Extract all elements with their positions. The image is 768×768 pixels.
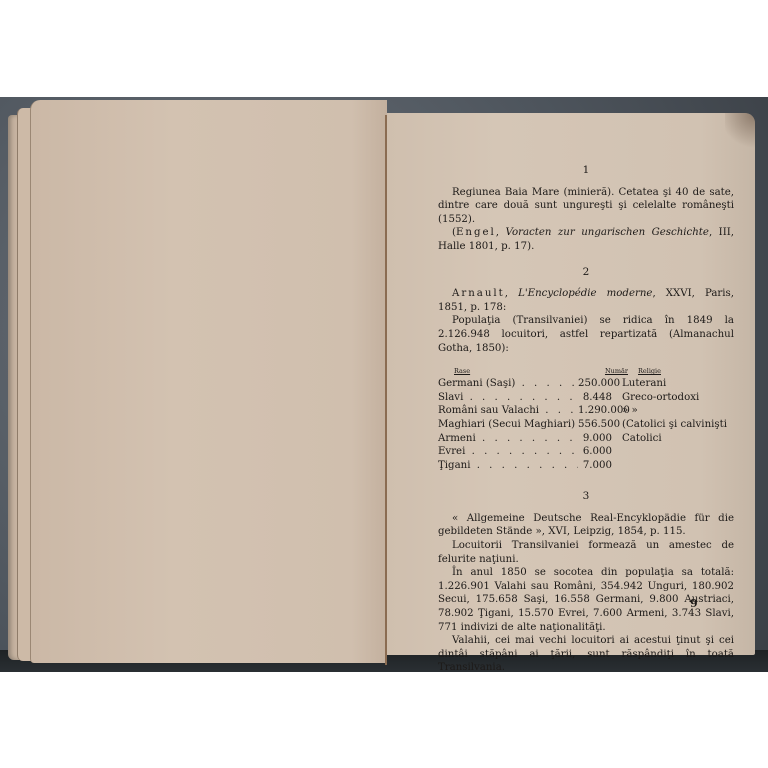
cell-number: 8.448 bbox=[578, 391, 612, 405]
citation-title: L'Encyclopédie moderne bbox=[518, 288, 652, 299]
footnote-paragraph: Populaţia (Transilvaniei) se ridica în 1… bbox=[438, 314, 734, 355]
footnote-paragraph: Locuitorii Transilvaniei formează un ame… bbox=[438, 539, 734, 566]
cell-race: Evrei . . . . . . . . . . . . . bbox=[438, 445, 578, 459]
cell-number: 9.000 bbox=[578, 432, 612, 446]
cell-number: 1.290.000 bbox=[578, 404, 612, 418]
table-header: Rase Număr Religie bbox=[438, 365, 734, 377]
cell-religion: » » bbox=[612, 404, 638, 418]
table-row: Armeni . . . . . . . . . . . . .9.000Cat… bbox=[438, 432, 734, 446]
page-number: 9 bbox=[690, 597, 698, 610]
cell-religion: Catolici bbox=[612, 432, 662, 446]
table-row: Evrei . . . . . . . . . . . . .6.000 bbox=[438, 445, 734, 459]
book-spine bbox=[385, 115, 387, 665]
cell-race: Armeni . . . . . . . . . . . . . bbox=[438, 432, 578, 446]
cell-number: 556.500 bbox=[578, 418, 612, 432]
cell-religion: Luterani bbox=[612, 377, 666, 391]
footnote-number: 3 bbox=[438, 490, 734, 504]
table-row: Ţigani . . . . . . . . . . . . .7.000 bbox=[438, 459, 734, 473]
table-row: Români sau Valachi . . . . . . . . . . .… bbox=[438, 404, 734, 418]
citation-author: Arnault bbox=[452, 288, 505, 299]
citation: (Engel, Voracten zur ungarischen Geschic… bbox=[438, 226, 734, 253]
table-row: Maghiari (Secui Maghiari) . . . . . . . … bbox=[438, 418, 734, 432]
footnote-paragraph: « Allgemeine Deutsche Real-Encyklopädie … bbox=[438, 512, 734, 539]
footnote-paragraph: Valahii, cei mai vechi locuitori ai aces… bbox=[438, 634, 734, 675]
footnote-number: 2 bbox=[438, 266, 734, 280]
cell-race: Ţigani . . . . . . . . . . . . . bbox=[438, 459, 578, 473]
footnote-number: 1 bbox=[438, 164, 734, 178]
cell-race: Români sau Valachi . . . . . . . . . . .… bbox=[438, 404, 578, 418]
table-row: Slavi . . . . . . . . . . . . .8.448Grec… bbox=[438, 391, 734, 405]
citation: Arnault, L'Encyclopédie moderne, XXVI, P… bbox=[438, 287, 734, 314]
cell-race: Maghiari (Secui Maghiari) . . . . . . . … bbox=[438, 418, 578, 432]
cell-number: 6.000 bbox=[578, 445, 612, 459]
footnote-paragraph: Regiunea Baia Mare (minieră). Cetatea şi… bbox=[438, 186, 734, 227]
cell-race: Slavi . . . . . . . . . . . . . bbox=[438, 391, 578, 405]
left-page-blank bbox=[30, 100, 387, 663]
citation-author: Engel bbox=[456, 227, 496, 238]
cell-number: 250.000 bbox=[578, 377, 612, 391]
cell-race: Germani (Saşi) . . . . . . . . . . . . . bbox=[438, 377, 578, 391]
cell-number: 7.000 bbox=[578, 459, 612, 473]
cell-religion: (Catolici şi calvinişti bbox=[612, 418, 727, 432]
citation-title: Voracten zur ungarischen Geschichte bbox=[506, 227, 709, 238]
population-table: Rase Număr Religie Germani (Saşi) . . . … bbox=[438, 365, 734, 472]
table-row: Germani (Saşi) . . . . . . . . . . . . .… bbox=[438, 377, 734, 391]
cell-religion: Greco-ortodoxi bbox=[612, 391, 699, 405]
